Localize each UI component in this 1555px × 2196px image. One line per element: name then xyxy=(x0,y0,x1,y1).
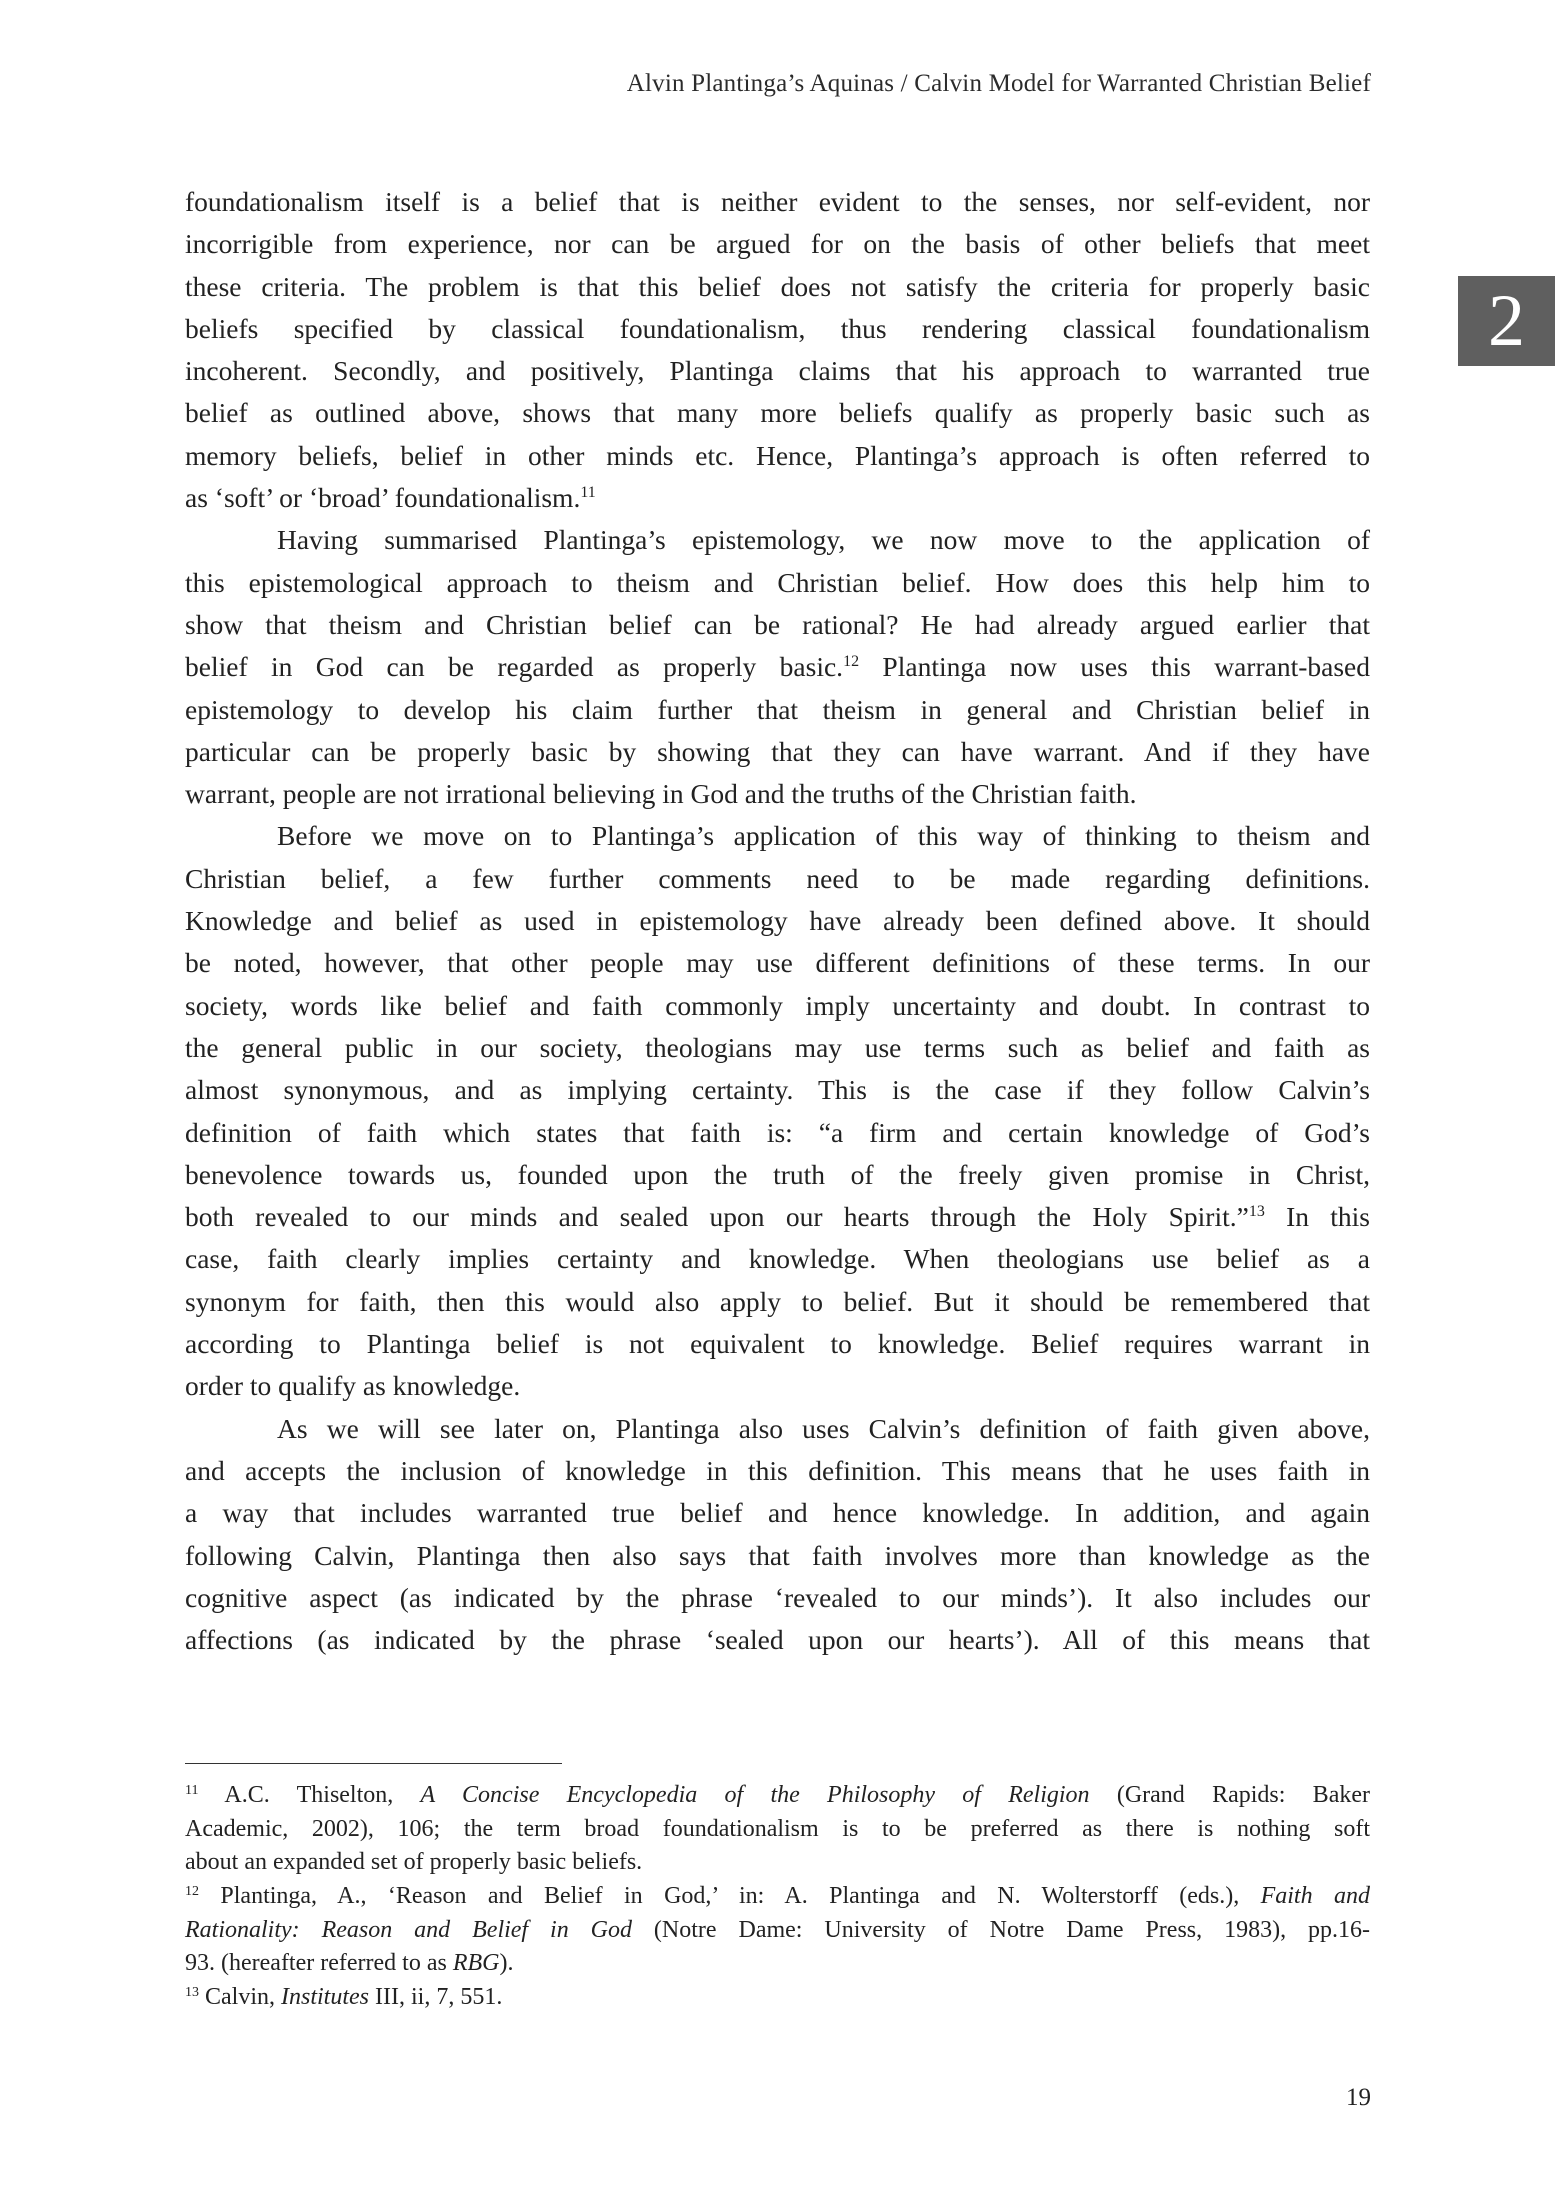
text-line: Knowledge and belief as used in epistemo… xyxy=(185,900,1370,942)
text-line: Having summarised Plantinga’s epistemolo… xyxy=(185,519,1370,561)
text-line: Christian belief, a few further comments… xyxy=(185,858,1370,900)
text-line: both revealed to our minds and sealed up… xyxy=(185,1196,1370,1238)
text-line: incorrigible from experience, nor can be… xyxy=(185,223,1370,265)
text-line: belief as outlined above, shows that man… xyxy=(185,392,1370,434)
footnote-12: 12 Plantinga, A., ‘Reason and Belief in … xyxy=(185,1880,1370,1914)
text-line: a way that includes warranted true belie… xyxy=(185,1492,1370,1534)
text-line: beliefs specified by classical foundatio… xyxy=(185,308,1370,350)
body-text: foundationalism itself is a belief that … xyxy=(185,181,1370,1661)
text-line: affections (as indicated by the phrase ‘… xyxy=(185,1619,1370,1661)
text-line: following Calvin, Plantinga then also sa… xyxy=(185,1535,1370,1577)
footnote-line: Rationality: Reason and Belief in God (N… xyxy=(185,1914,1370,1948)
text-line: as ‘soft’ or ‘broad’ foundationalism.11 xyxy=(185,477,1370,519)
text-line: memory beliefs, belief in other minds et… xyxy=(185,435,1370,477)
footnote-line: about an expanded set of properly basic … xyxy=(185,1846,1370,1880)
footnote-ref-12[interactable]: 12 xyxy=(843,653,859,670)
text-line: belief in God can be regarded as properl… xyxy=(185,646,1370,688)
footnote-ref-13[interactable]: 13 xyxy=(1249,1203,1265,1220)
running-header-title: Alvin Plantinga’s Aquinas / Calvin Model… xyxy=(627,70,1371,98)
text-line: foundationalism itself is a belief that … xyxy=(185,181,1370,223)
footnote-13: 13 Calvin, Institutes III, ii, 7, 551. xyxy=(185,1981,1370,2015)
text-line: case, faith clearly implies certainty an… xyxy=(185,1238,1370,1280)
page-number: 19 xyxy=(1346,2084,1371,2112)
chapter-number-tab: 2 xyxy=(1458,276,1555,366)
text-line: benevolence towards us, founded upon the… xyxy=(185,1154,1370,1196)
text-line: particular can be properly basic by show… xyxy=(185,731,1370,773)
text-line: society, words like belief and faith com… xyxy=(185,985,1370,1027)
footnote-ref-11[interactable]: 11 xyxy=(580,484,595,501)
text-line: Before we move on to Plantinga’s applica… xyxy=(185,815,1370,857)
text-line: and accepts the inclusion of knowledge i… xyxy=(185,1450,1370,1492)
footnotes: 11 A.C. Thiselton, A Concise Encyclopedi… xyxy=(185,1779,1370,2015)
text-line: definition of faith which states that fa… xyxy=(185,1112,1370,1154)
text-line: these criteria. The problem is that this… xyxy=(185,266,1370,308)
footnote-line: Academic, 2002), 106; the term broad fou… xyxy=(185,1813,1370,1847)
text-line: almost synonymous, and as implying certa… xyxy=(185,1069,1370,1111)
text-line: cognitive aspect (as indicated by the ph… xyxy=(185,1577,1370,1619)
text-line: show that theism and Christian belief ca… xyxy=(185,604,1370,646)
footnote-11: 11 A.C. Thiselton, A Concise Encyclopedi… xyxy=(185,1779,1370,1813)
text-line: be noted, however, that other people may… xyxy=(185,942,1370,984)
text-line: synonym for faith, then this would also … xyxy=(185,1281,1370,1323)
text-line: the general public in our society, theol… xyxy=(185,1027,1370,1069)
footnote-separator xyxy=(185,1763,562,1764)
text-line: incoherent. Secondly, and positively, Pl… xyxy=(185,350,1370,392)
text-line: according to Plantinga belief is not equ… xyxy=(185,1323,1370,1365)
text-line: this epistemological approach to theism … xyxy=(185,562,1370,604)
text-line: As we will see later on, Plantinga also … xyxy=(185,1408,1370,1450)
text-line: warrant, people are not irrational belie… xyxy=(185,773,1370,815)
footnote-line: 93. (hereafter referred to as RBG). xyxy=(185,1947,1370,1981)
text-line: order to qualify as knowledge. xyxy=(185,1365,1370,1407)
text-line: epistemology to develop his claim furthe… xyxy=(185,689,1370,731)
